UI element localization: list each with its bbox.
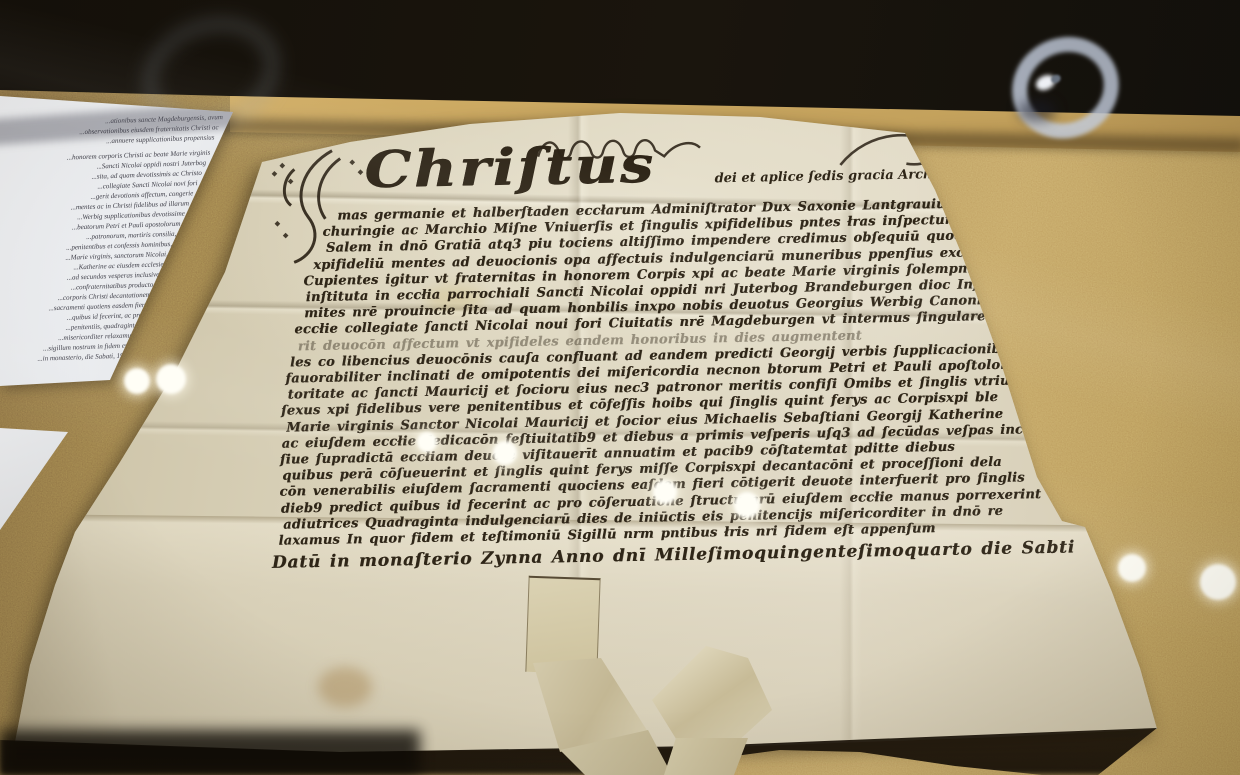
charter-text-block: Chriſtus dei et aplice ſedis gracia Arch… [276, 136, 984, 574]
charter-body: mas germanie et halberſtaden eccłarum Ad… [277, 196, 984, 574]
charter-heading-rest: dei et aplice ſedis gracia Archiepius ſa… [714, 163, 1158, 187]
museum-display-case-photo: ...ationibus sancte Magdeburgensis, avum… [0, 0, 1240, 775]
initial-flourish-icon [264, 142, 376, 264]
parchment-charter: Chriſtus dei et aplice ſedis gracia Arch… [0, 105, 1165, 757]
parchment-surface: Chriſtus dei et aplice ſedis gracia Arch… [0, 105, 1165, 757]
parchment-stain [318, 667, 372, 707]
bokeh-light-reflection [1200, 564, 1236, 600]
heading-ornament-icon [534, 132, 705, 165]
